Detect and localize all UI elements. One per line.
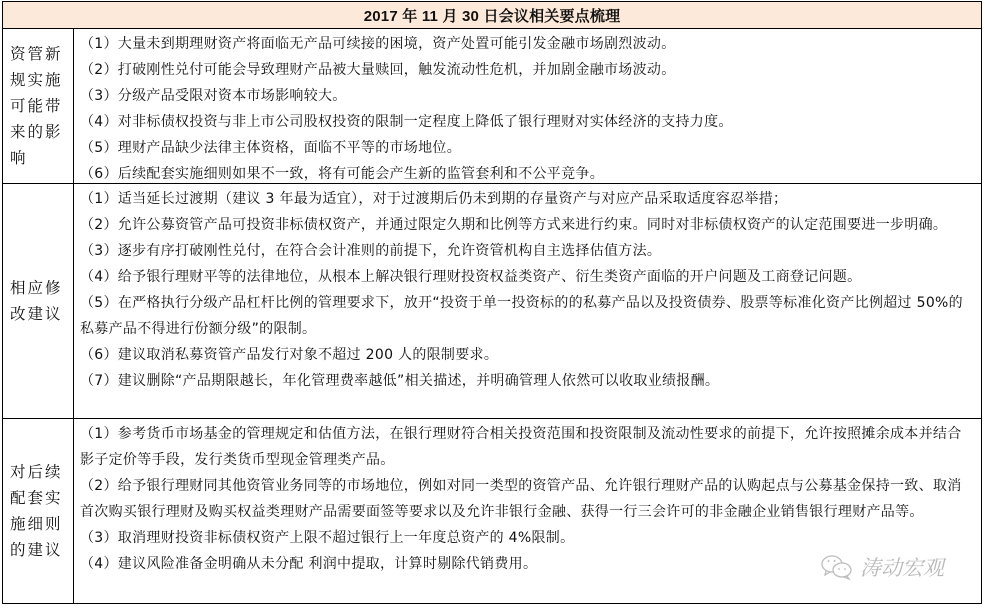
list-item: （3）取消理财投资非标债权资产上限不超过银行上一年度总资产的 4%限制。 bbox=[80, 525, 975, 551]
list-item: （5）理财产品缺少法律主体资格，面临不平等的市场地位。 bbox=[80, 135, 975, 161]
list-item: （2）允许公募资管产品可投资非标债权资产，并通过限定久期和比例等方式来进行约束。… bbox=[80, 212, 975, 238]
row-label-cell: 资管新规实施可能带来的影响 bbox=[3, 29, 74, 183]
list-item: （3）逐步有序打破刚性兑付，在符合会计准则的前提下，允许资管机构自主选择估值方法… bbox=[80, 238, 975, 264]
table-row-impact: 资管新规实施可能带来的影响 （1）大量未到期理财资产将面临无产品可续接的困境，资… bbox=[3, 29, 981, 184]
row-content: （1）适当延长过渡期（建议 3 年最为适宜），对于过渡期后仍未到期的存量资产与对… bbox=[74, 184, 981, 394]
table-title: 2017 年 11 月 30 日会议相关要点梳理 bbox=[3, 2, 981, 29]
list-item: （6）建议取消私募资管产品发行对象不超过 200 人的限制要求。 bbox=[80, 342, 975, 368]
table-row-followup: 对后续配套实施细则的建议 （1）参考货币市场基金的管理规定和估值方法，在银行理财… bbox=[3, 419, 981, 603]
list-item: （4）给予银行理财平等的法律地位，从根本上解决银行理财投资权益类资产、衍生类资产… bbox=[80, 264, 975, 290]
row-label: 相应修改建议 bbox=[10, 275, 66, 327]
row-label: 资管新规实施可能带来的影响 bbox=[10, 41, 66, 171]
row-content: （1）参考货币市场基金的管理规定和估值方法，在银行理财符合相关投资范围和投资限制… bbox=[74, 419, 981, 577]
list-item: （1）参考货币市场基金的管理规定和估值方法，在银行理财符合相关投资范围和投资限制… bbox=[80, 421, 975, 473]
list-item: （3）分级产品受限对资本市场影响较大。 bbox=[80, 83, 975, 109]
list-item: （2）给予银行理财同其他资管业务同等的市场地位，例如对同一类型的资管产品、允许银… bbox=[80, 473, 975, 525]
table-row-suggestions: 相应修改建议 （1）适当延长过渡期（建议 3 年最为适宜），对于过渡期后仍未到期… bbox=[3, 184, 981, 419]
list-item: （2）打破刚性兑付可能会导致理财产品被大量赎回，触发流动性危机，并加剧金融市场波… bbox=[80, 57, 975, 83]
list-item: （7）建议删除“产品期限越长，年化管理费率越低”相关描述，并明确管理人依然可以收… bbox=[80, 368, 975, 394]
list-item: （5）在严格执行分级产品杠杆比例的管理要求下，放开“投资于单一投资标的的私募产品… bbox=[80, 290, 975, 342]
list-item: （1）大量未到期理财资产将面临无产品可续接的困境，资产处置可能引发金融市场剧烈波… bbox=[80, 31, 975, 57]
row-content: （1）大量未到期理财资产将面临无产品可续接的困境，资产处置可能引发金融市场剧烈波… bbox=[74, 29, 981, 187]
list-item: （4）对非标债权投资与非上市公司股权投资的限制一定程度上降低了银行理财对实体经济… bbox=[80, 109, 975, 135]
row-label-cell: 对后续配套实施细则的建议 bbox=[3, 419, 74, 603]
summary-table: 2017 年 11 月 30 日会议相关要点梳理 资管新规实施可能带来的影响 （… bbox=[2, 1, 982, 604]
row-label: 对后续配套实施细则的建议 bbox=[10, 459, 66, 563]
list-item: （4）建议风险准备金明确从未分配 利润中提取，计算时剔除代销费用。 bbox=[80, 551, 975, 577]
row-label-cell: 相应修改建议 bbox=[3, 184, 74, 418]
list-item: （1）适当延长过渡期（建议 3 年最为适宜），对于过渡期后仍未到期的存量资产与对… bbox=[80, 186, 975, 212]
